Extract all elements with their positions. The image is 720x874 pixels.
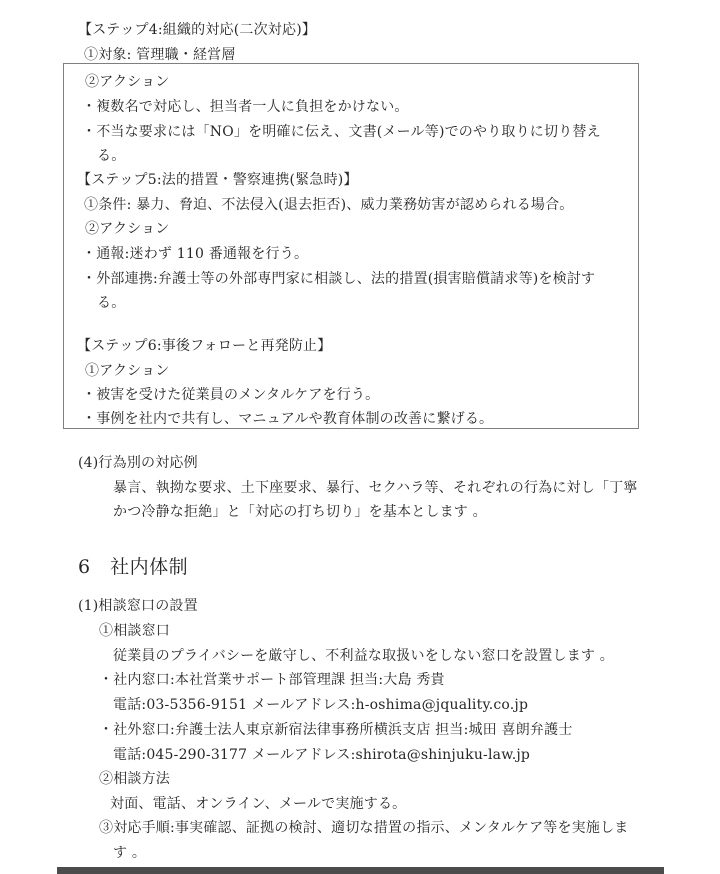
step5-bullet-2-line1: ・外部連携:弁護士等の外部専門家に相談し、法的措置(損害賠償請求等)を検討す — [82, 271, 595, 287]
step5-action-label: ②アクション — [85, 221, 170, 237]
chapter6-heading: 6 社内体制 — [78, 556, 188, 578]
step4-action-label: ②アクション — [85, 74, 170, 90]
external-contact-phone-email: 電話:045-290-3177 メールアドレス:shirota@shinjuku… — [113, 747, 530, 763]
internal-contact-line: ・社内窓口:本社営業サポート部管理課 担当:大島 秀貴 — [99, 672, 445, 688]
external-contact-line: ・社外窓口:弁護士法人東京新宿法律事務所横浜支店 担当:城田 喜朗弁護士 — [99, 722, 573, 738]
consultation-item3-line1: ③対応手順:事実確認、証拠の検討、適切な措置の指示、メンタルケア等を実施しま — [99, 820, 628, 836]
section4-heading: (4)行為別の対応例 — [78, 455, 198, 471]
page-bottom-edge-bar — [57, 867, 664, 874]
consultation-item2-body: 対面、電話、オンライン、メールで実施する。 — [110, 796, 406, 812]
step4-target: ①対象: 管理職・経営層 — [84, 47, 236, 63]
step5-condition: ①条件: 暴力、脅迫、不法侵入(退去拒否)、威力業務妨害が認められる場合。 — [84, 197, 574, 213]
step5-bullet-2-line2: る。 — [97, 295, 125, 311]
step4-bullet-2-line2: る。 — [97, 148, 125, 164]
step6-title: 【ステップ6:事後フォローと再発防止】 — [77, 338, 331, 354]
consultation-item1-label: ①相談窓口 — [99, 623, 170, 639]
section4-body-line2: かつ冷静な拒絶」と「対応の打ち切り」を基本とします 。 — [113, 504, 487, 520]
internal-contact-phone-email: 電話:03-5356-9151 メールアドレス:h-oshima@jqualit… — [113, 697, 528, 713]
document-page: 【ステップ4:組織的対応(二次対応)】 ①対象: 管理職・経営層 ②アクション … — [0, 0, 720, 874]
step6-action-label: ①アクション — [85, 363, 170, 379]
step5-bullet-1: ・通報:迷わず 110 番通報を行う。 — [82, 246, 308, 262]
consultation-item2-label: ②相談方法 — [99, 771, 170, 787]
step4-bullet-1: ・複数名で対応し、担当者一人に負担をかけない。 — [82, 99, 409, 115]
step6-bullet-2: ・事例を社内で共有し、マニュアルや教育体制の改善に繋げる。 — [82, 411, 493, 427]
section4-body-line1: 暴言、執拗な要求、土下座要求、暴行、セクハラ等、それぞれの行為に対し「丁寧 — [113, 480, 638, 496]
consultation-item3-line2: す 。 — [113, 845, 146, 861]
consultation-item1-body: 従業員のプライバシーを厳守し、不利益な取扱いをしない窓口を設置します 。 — [113, 648, 614, 664]
step4-bullet-2-line1: ・不当な要求には「NO」を明確に伝え、文書(メール等)でのやり取りに切り替え — [82, 124, 601, 140]
step5-title: 【ステップ5:法的措置・警察連携(緊急時)】 — [77, 172, 358, 188]
step4-title: 【ステップ4:組織的対応(二次対応)】 — [78, 22, 316, 38]
step6-bullet-1: ・被害を受けた従業員のメンタルケアを行う。 — [82, 387, 379, 403]
consultation-heading: (1)相談窓口の設置 — [78, 598, 198, 614]
